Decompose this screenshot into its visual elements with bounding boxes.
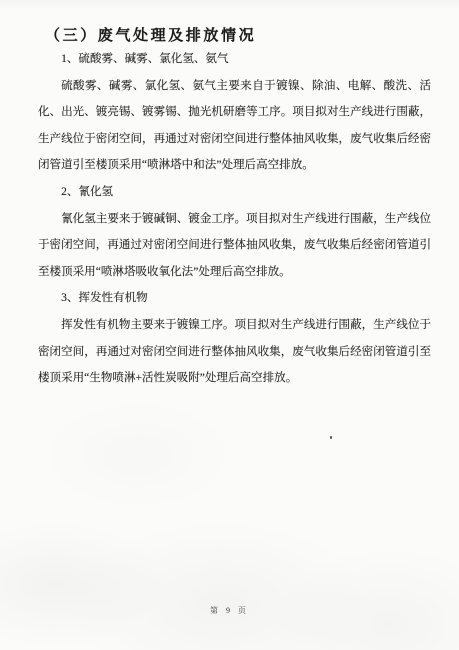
section-heading: （三）废气处理及排放情况 bbox=[45, 24, 256, 45]
subsection-1-paragraph: 硫酸雾、碱雾、氯化氢、氨气主要来自于镀镍、除油、电解、酸洗、活化、出光、镀亮锡、… bbox=[38, 73, 431, 179]
scanned-document-page: （三）废气处理及排放情况 1、硫酸雾、碱雾、氯化氢、氨气 硫酸雾、碱雾、氯化氢、… bbox=[0, 0, 459, 650]
subsection-2-paragraph: 氰化氢主要来于镀碱铜、镀金工序。项目拟对生产线进行围蔽，生产线位于密闭空间，再通… bbox=[38, 206, 431, 286]
page-number: 第 9 页 bbox=[0, 605, 459, 616]
subsection-3-title: 3、挥发性有机物 bbox=[38, 285, 431, 312]
subsection-2-title: 2、氰化氢 bbox=[38, 179, 431, 206]
subsection-1-title: 1、硫酸雾、碱雾、氯化氢、氨气 bbox=[38, 46, 431, 73]
ink-speck-artifact bbox=[330, 436, 332, 439]
subsection-3-paragraph: 挥发性有机物主要来于镀镍工序。项目拟对生产线进行围蔽，生产线位于密闭空间，再通过… bbox=[38, 312, 431, 392]
document-body: 1、硫酸雾、碱雾、氯化氢、氨气 硫酸雾、碱雾、氯化氢、氨气主要来自于镀镍、除油、… bbox=[38, 46, 431, 392]
